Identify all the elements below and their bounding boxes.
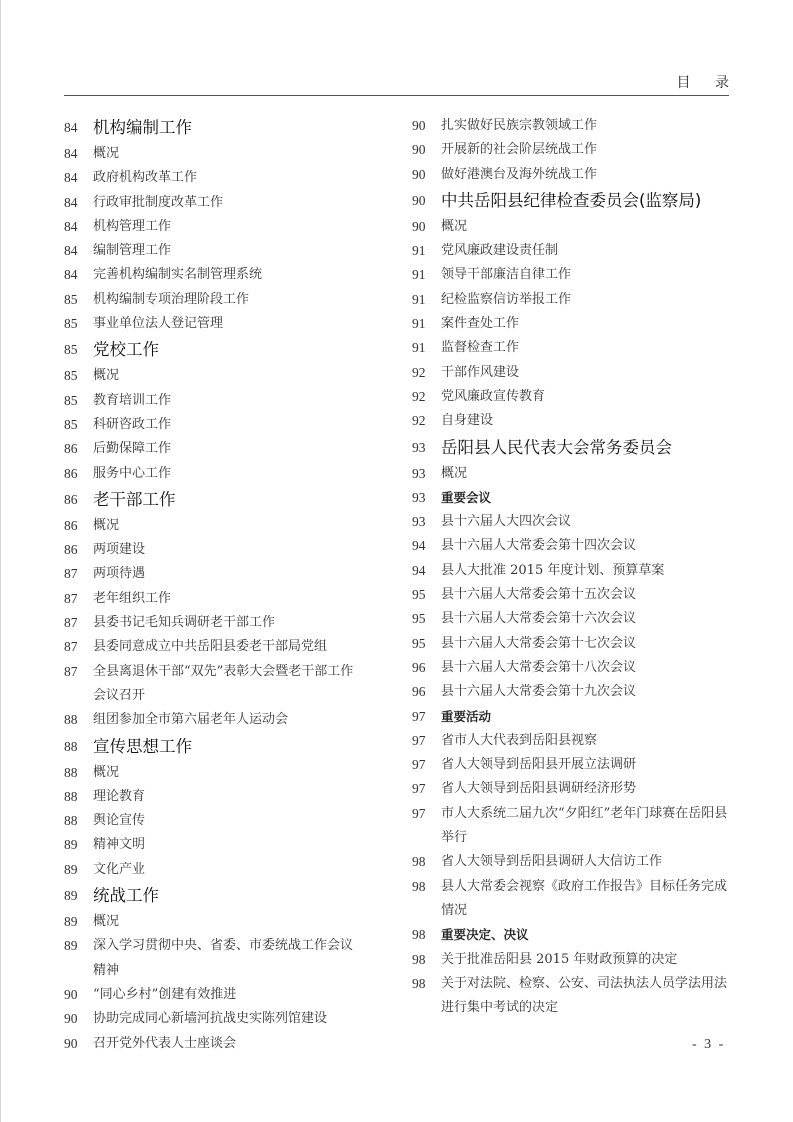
toc-page-number: 86 [64,486,93,514]
toc-page-number: 86 [64,538,93,562]
toc-entry[interactable]: 86两项建设 [64,538,364,562]
toc-entry-title: 概况 [93,761,364,785]
toc-subheading[interactable]: 98重要决定、决议 [412,923,730,947]
toc-entry[interactable]: 94县十六届人大常委会第十四次会议 [412,534,730,558]
toc-page-number: 87 [64,660,93,684]
toc-page-number: 98 [412,923,441,947]
toc-entry[interactable]: 94县人大批准 2015 年度计划、预算草案 [412,559,730,583]
toc-entry[interactable]: 97省人大领导到岳阳县开展立法调研 [412,753,730,777]
toc-entry-title: 机构编制专项治理阶段工作 [93,288,364,312]
toc-page-number: 84 [64,215,93,239]
toc-entry-title: 概况 [441,462,730,486]
toc-entry[interactable]: 92党风廉政宣传教育 [412,385,730,409]
toc-entry[interactable]: 91领导干部廉洁自律工作 [412,263,730,287]
toc-entry-title: 全县离退休干部“双先”表彰大会暨老干部工作会议召开 [93,660,364,709]
toc-entry-title: 科研咨政工作 [93,413,364,437]
toc-entry[interactable]: 88舆论宣传 [64,809,364,833]
toc-entry-title: 概况 [441,215,730,239]
toc-entry-title: 市人大系统二届九次“夕阳红”老年门球赛在岳阳县举行 [441,802,730,851]
toc-entry[interactable]: 97省人大领导到岳阳县调研经济形势 [412,777,730,801]
toc-entry-title: 监督检查工作 [441,336,730,360]
toc-page-number: 92 [412,409,441,433]
toc-entry-title: 县人大批准 2015 年度计划、预算草案 [441,559,730,583]
toc-entry[interactable]: 98关于对法院、检察、公安、司法执法人员学法用法进行集中考试的决定 [412,972,730,1021]
toc-page-number: 89 [64,833,93,857]
toc-page-number: 95 [412,632,441,656]
toc-entry-title: 党风廉政建设责任制 [441,239,730,263]
toc-entry[interactable]: 87全县离退休干部“双先”表彰大会暨老干部工作会议召开 [64,660,364,709]
toc-page-number: 88 [64,733,93,761]
toc-entry[interactable]: 89文化产业 [64,858,364,882]
toc-page-number: 90 [412,138,441,162]
toc-entry-title: “同心乡村”创建有效推进 [93,983,364,1007]
toc-entry[interactable]: 93概况 [412,462,730,486]
toc-entry-title: 做好港澳台及海外统战工作 [441,163,730,187]
toc-entry-title: 机构管理工作 [93,215,364,239]
toc-page-number: 98 [412,948,441,972]
toc-page-number: 93 [412,434,441,462]
toc-page-number: 90 [412,163,441,187]
toc-page-number: 97 [412,705,441,729]
toc-page-number: 91 [412,239,441,263]
toc-entry[interactable]: 92自身建设 [412,409,730,433]
toc-entry[interactable]: 95县十六届人大常委会第十六次会议 [412,607,730,631]
toc-entry-title: 县十六届人大常委会第十六次会议 [441,607,730,631]
toc-entry-title: 概况 [93,142,364,166]
toc-entry[interactable]: 85教育培训工作 [64,389,364,413]
toc-entry[interactable]: 98县人大常委会视察《政府工作报告》目标任务完成情况 [412,875,730,924]
toc-entry-title: 省市人大代表到岳阳县视察 [441,729,730,753]
toc-entry-title: 老年组织工作 [93,587,364,611]
toc-page-number: 91 [412,336,441,360]
toc-entry-title: 县十六届人大常委会第十八次会议 [441,656,730,680]
toc-page-number: 85 [64,336,93,364]
toc-page-number: 87 [64,562,93,586]
toc-entry[interactable]: 96县十六届人大常委会第十八次会议 [412,656,730,680]
toc-section-heading[interactable]: 89统战工作 [64,882,364,910]
toc-entry-title: 老干部工作 [93,486,364,514]
toc-entry-title: 召开党外代表人士座谈会 [93,1032,364,1056]
toc-entry-title: 两项建设 [93,538,364,562]
toc-entry-title: 开展新的社会阶层统战工作 [441,138,730,162]
toc-page-number: 97 [412,729,441,753]
toc-left-column: 84机构编制工作84概况84政府机构改革工作84行政审批制度改革工作84机构管理… [64,114,364,1056]
header-rule [64,95,729,96]
toc-section-heading[interactable]: 90中共岳阳县纪律检查委员会(监察局) [412,187,730,215]
toc-right-column: 90扎实做好民族宗教领域工作90开展新的社会阶层统战工作90做好港澳台及海外统战… [412,114,730,1020]
toc-entry-title: 编制管理工作 [93,239,364,263]
toc-page-number: 95 [412,583,441,607]
toc-entry-title: 重要会议 [441,486,730,510]
toc-entry[interactable]: 91纪检监察信访举报工作 [412,288,730,312]
toc-entry[interactable]: 90概况 [412,215,730,239]
toc-entry-title: 干部作风建设 [441,361,730,385]
toc-page-number: 95 [412,607,441,631]
toc-entry-title: 自身建设 [441,409,730,433]
toc-section-heading[interactable]: 86老干部工作 [64,486,364,514]
toc-page-number: 88 [64,761,93,785]
toc-entry[interactable]: 98省人大领导到岳阳县调研人大信访工作 [412,850,730,874]
toc-entry[interactable]: 92干部作风建设 [412,361,730,385]
toc-entry[interactable]: 90开展新的社会阶层统战工作 [412,138,730,162]
toc-entry[interactable]: 97省市人大代表到岳阳县视察 [412,729,730,753]
toc-page-number: 87 [64,635,93,659]
toc-page-number: 85 [64,389,93,413]
toc-entry-title: 舆论宣传 [93,809,364,833]
toc-entry[interactable]: 95县十六届人大常委会第十五次会议 [412,583,730,607]
toc-entry-title: 县十六届人大常委会第十五次会议 [441,583,730,607]
toc-page-number: 91 [412,288,441,312]
toc-entry[interactable]: 87老年组织工作 [64,587,364,611]
toc-entry-title: 县委书记毛知兵调研老干部工作 [93,611,364,635]
toc-entry[interactable]: 96县十六届人大常委会第十九次会议 [412,680,730,704]
toc-entry-title: 宣传思想工作 [93,733,364,761]
toc-entry[interactable]: 85概况 [64,364,364,388]
toc-page-number: 93 [412,510,441,534]
toc-entry-title: 协助完成同心新墙河抗战史实陈列馆建设 [93,1007,364,1031]
toc-entry[interactable]: 93县十六届人大四次会议 [412,510,730,534]
toc-entry[interactable]: 86后勤保障工作 [64,437,364,461]
toc-page-number: 98 [412,875,441,899]
toc-subheading[interactable]: 93重要会议 [412,486,730,510]
toc-entry[interactable]: 85科研咨政工作 [64,413,364,437]
toc-page-number: 92 [412,361,441,385]
toc-entry-title: 精神文明 [93,833,364,857]
toc-page-number: 97 [412,777,441,801]
toc-entry-title: 县十六届人大常委会第十四次会议 [441,534,730,558]
toc-entry-title: 党校工作 [93,336,364,364]
toc-entry[interactable]: 84完善机构编制实名制管理系统 [64,263,364,287]
toc-entry[interactable]: 87县委书记毛知兵调研老干部工作 [64,611,364,635]
toc-subheading[interactable]: 97重要活动 [412,705,730,729]
toc-entry-title: 概况 [93,910,364,934]
toc-entry[interactable]: 89深入学习贯彻中央、省委、市委统战工作会议精神 [64,934,364,983]
toc-page-number: 84 [64,239,93,263]
toc-page-number: 91 [412,312,441,336]
toc-page-number: 86 [64,514,93,538]
toc-page-number: 88 [64,708,93,732]
toc-entry-title: 完善机构编制实名制管理系统 [93,263,364,287]
toc-entry-title: 概况 [93,364,364,388]
toc-entry[interactable]: 86概况 [64,514,364,538]
toc-page-number: 84 [64,191,93,215]
toc-page-number: 87 [64,611,93,635]
toc-page-number: 88 [64,785,93,809]
toc-entry[interactable]: 89精神文明 [64,833,364,857]
toc-page-number: 89 [64,858,93,882]
toc-entry-title: 党风廉政宣传教育 [441,385,730,409]
toc-entry-title: 县十六届人大常委会第十九次会议 [441,680,730,704]
toc-entry[interactable]: 86服务中心工作 [64,462,364,486]
toc-entry-title: 关于批准岳阳县 2015 年财政预算的决定 [441,948,730,972]
toc-entry-title: 事业单位法人登记管理 [93,312,364,336]
toc-page-number: 97 [412,753,441,777]
toc-entry[interactable]: 88组团参加全市第六届老年人运动会 [64,708,364,732]
toc-entry[interactable]: 85机构编制专项治理阶段工作 [64,288,364,312]
toc-entry[interactable]: 84行政审批制度改革工作 [64,191,364,215]
toc-entry-title: 县委同意成立中共岳阳县委老干部局党组 [93,635,364,659]
toc-page-number: 86 [64,462,93,486]
toc-section-heading[interactable]: 88宣传思想工作 [64,733,364,761]
toc-page-number: 90 [412,114,441,138]
running-head-title: 目 录 [677,72,739,92]
toc-entry-title: 深入学习贯彻中央、省委、市委统战工作会议精神 [93,934,364,983]
toc-entry-title: 文化产业 [93,858,364,882]
toc-entry[interactable]: 90“同心乡村”创建有效推进 [64,983,364,1007]
toc-entry[interactable]: 90做好港澳台及海外统战工作 [412,163,730,187]
toc-entry-title: 省人大领导到岳阳县开展立法调研 [441,753,730,777]
toc-entry-title: 扎实做好民族宗教领域工作 [441,114,730,138]
toc-entry-title: 组团参加全市第六届老年人运动会 [93,708,364,732]
toc-entry[interactable]: 88概况 [64,761,364,785]
toc-page-number: 92 [412,385,441,409]
toc-page-number: 85 [64,288,93,312]
toc-entry-title: 中共岳阳县纪律检查委员会(监察局) [441,187,730,215]
toc-section-heading[interactable]: 85党校工作 [64,336,364,364]
toc-page-number: 85 [64,413,93,437]
toc-entry[interactable]: 91案件查处工作 [412,312,730,336]
toc-entry-title: 重要决定、决议 [441,923,730,947]
toc-entry-title: 县人大常委会视察《政府工作报告》目标任务完成情况 [441,875,730,924]
toc-page-number: 84 [64,142,93,166]
toc-entry[interactable]: 89概况 [64,910,364,934]
toc-page-number: 90 [64,983,93,1007]
toc-page-number: 90 [64,1007,93,1031]
toc-entry-title: 后勤保障工作 [93,437,364,461]
toc-page-number: 84 [64,263,93,287]
toc-entry[interactable]: 84机构管理工作 [64,215,364,239]
toc-page-number: 85 [64,364,93,388]
toc-page-number: 90 [412,215,441,239]
toc-entry-title: 关于对法院、检察、公安、司法执法人员学法用法进行集中考试的决定 [441,972,730,1021]
toc-section-heading[interactable]: 84机构编制工作 [64,114,364,142]
toc-entry[interactable]: 95县十六届人大常委会第十七次会议 [412,632,730,656]
toc-entry-title: 县十六届人大四次会议 [441,510,730,534]
toc-entry[interactable]: 90协助完成同心新墙河抗战史实陈列馆建设 [64,1007,364,1031]
toc-entry[interactable]: 90召开党外代表人士座谈会 [64,1032,364,1056]
toc-page-number: 94 [412,559,441,583]
toc-entry-title: 理论教育 [93,785,364,809]
toc-entry-title: 行政审批制度改革工作 [93,191,364,215]
toc-entry[interactable]: 87县委同意成立中共岳阳县委老干部局党组 [64,635,364,659]
toc-page-number: 90 [64,1032,93,1056]
toc-entry-title: 省人大领导到岳阳县调研经济形势 [441,777,730,801]
toc-entry-title: 案件查处工作 [441,312,730,336]
toc-entry-title: 统战工作 [93,882,364,910]
toc-entry-title: 服务中心工作 [93,462,364,486]
toc-entry[interactable]: 97市人大系统二届九次“夕阳红”老年门球赛在岳阳县举行 [412,802,730,851]
toc-page-number: 85 [64,312,93,336]
toc-entry-title: 政府机构改革工作 [93,166,364,190]
toc-entry-title: 教育培训工作 [93,389,364,413]
toc-entry[interactable]: 87两项待遇 [64,562,364,586]
toc-page-number: 98 [412,972,441,996]
toc-entry[interactable]: 91党风廉政建设责任制 [412,239,730,263]
toc-page-number: 90 [412,187,441,215]
toc-page-number: 97 [412,802,441,826]
toc-entry[interactable]: 85事业单位法人登记管理 [64,312,364,336]
toc-page-number: 89 [64,934,93,958]
toc-entry-title: 重要活动 [441,705,730,729]
toc-entry[interactable]: 91监督检查工作 [412,336,730,360]
toc-page-number: 98 [412,850,441,874]
toc-page-number: 94 [412,534,441,558]
toc-entry[interactable]: 88理论教育 [64,785,364,809]
toc-page-number: 96 [412,680,441,704]
toc-page-number: 96 [412,656,441,680]
toc-page-number: 93 [412,462,441,486]
toc-entry[interactable]: 90扎实做好民族宗教领域工作 [412,114,730,138]
toc-entry[interactable]: 84概况 [64,142,364,166]
toc-entry[interactable]: 84政府机构改革工作 [64,166,364,190]
toc-page-number: 84 [64,114,93,142]
toc-entry[interactable]: 98关于批准岳阳县 2015 年财政预算的决定 [412,948,730,972]
page-edge [0,0,1,1122]
toc-page-number: 87 [64,587,93,611]
toc-entry-title: 县十六届人大常委会第十七次会议 [441,632,730,656]
toc-page-number: 84 [64,166,93,190]
toc-page-number: 93 [412,486,441,510]
toc-page-number: 88 [64,809,93,833]
toc-entry-title: 领导干部廉洁自律工作 [441,263,730,287]
toc-page-number: 89 [64,882,93,910]
toc-page-number: 86 [64,437,93,461]
toc-section-heading[interactable]: 93岳阳县人民代表大会常务委员会 [412,434,730,462]
toc-page-number: 89 [64,910,93,934]
toc-entry-title: 纪检监察信访举报工作 [441,288,730,312]
toc-entry-title: 两项待遇 [93,562,364,586]
toc-page-number: 91 [412,263,441,287]
toc-entry-title: 岳阳县人民代表大会常务委员会 [441,434,730,462]
toc-entry-title: 机构编制工作 [93,114,364,142]
toc-entry-title: 省人大领导到岳阳县调研人大信访工作 [441,850,730,874]
page-number: - 3 - [692,1037,725,1053]
toc-entry[interactable]: 84编制管理工作 [64,239,364,263]
toc-entry-title: 概况 [93,514,364,538]
